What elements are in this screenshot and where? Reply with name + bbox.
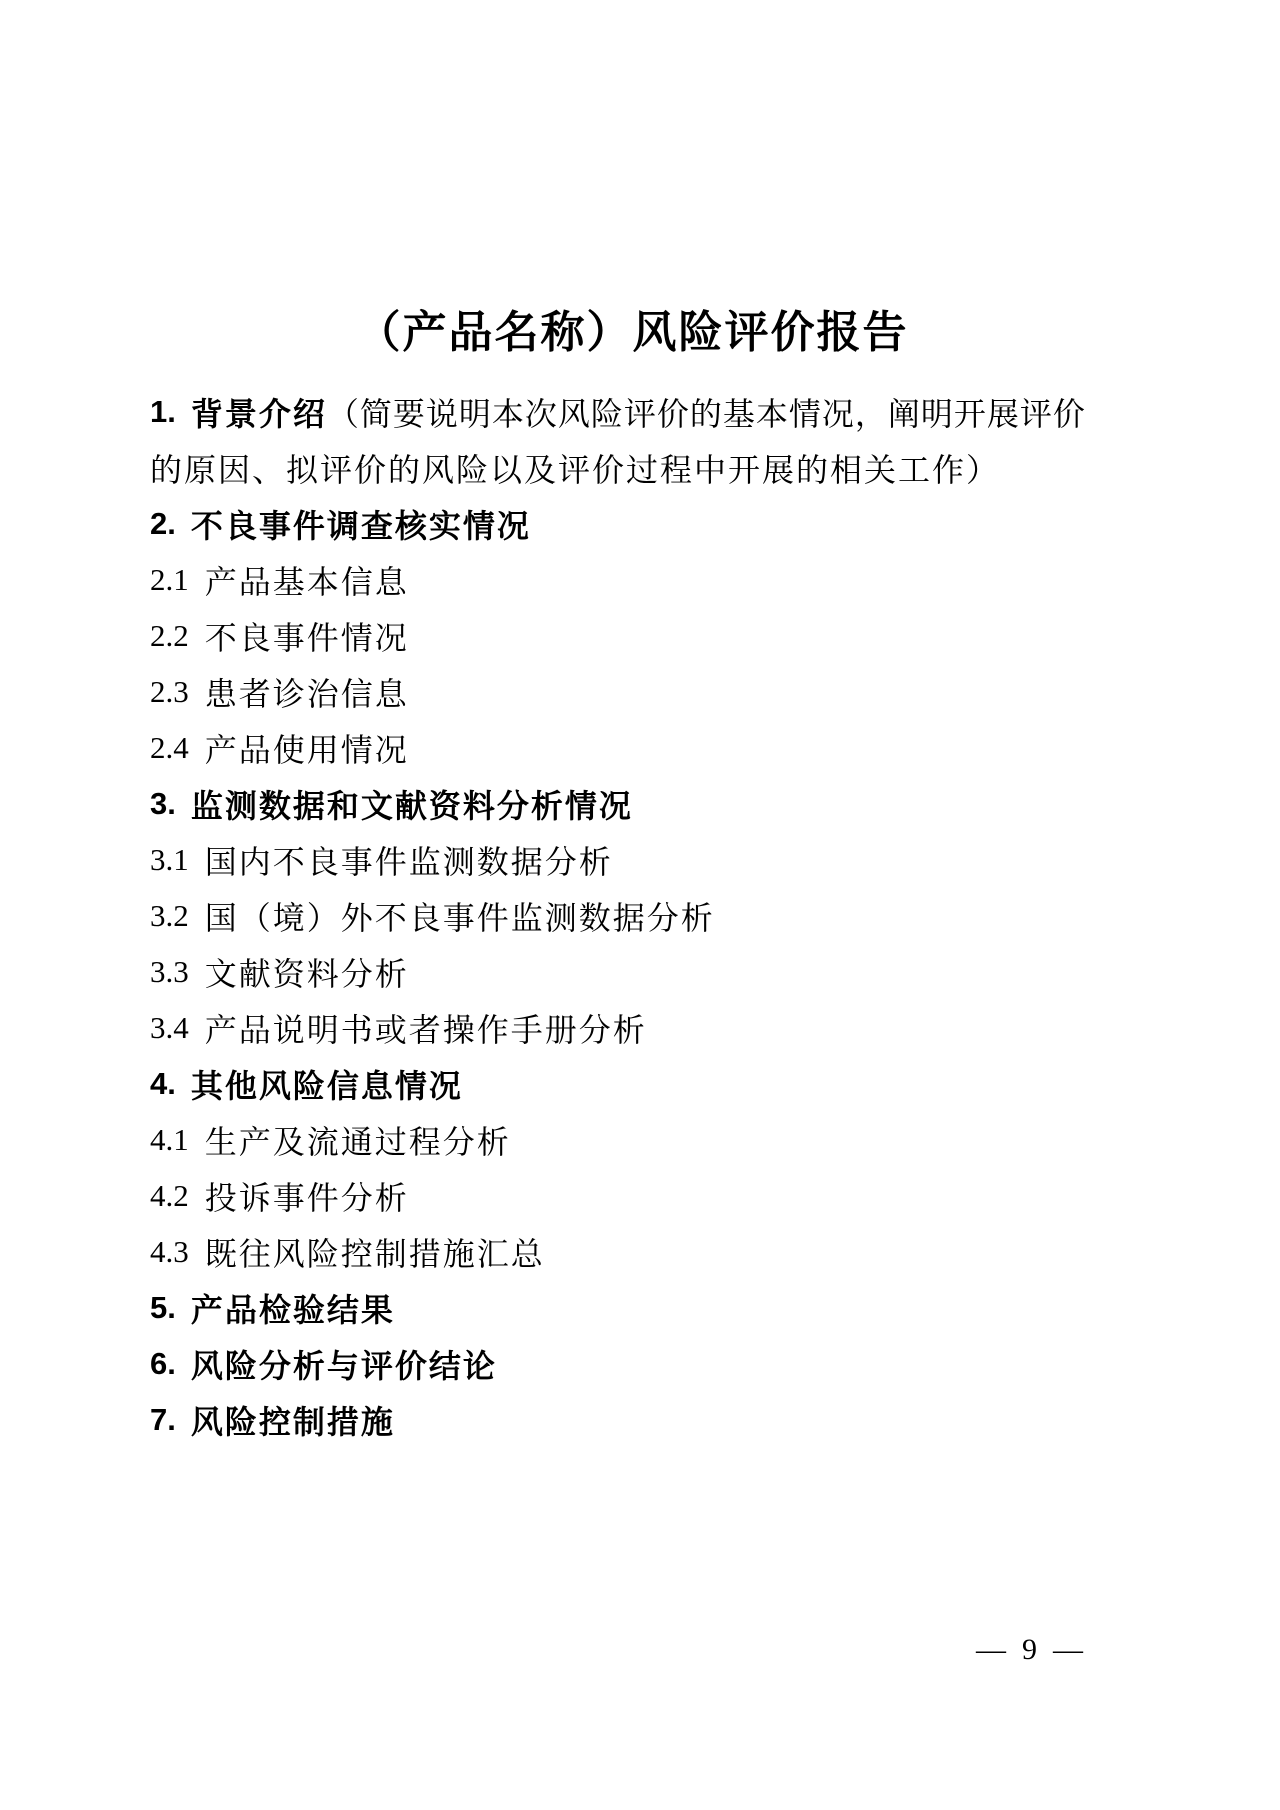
intro-bold-label: 背景介绍	[191, 389, 327, 435]
subsection-2-3-title: 患者诊治信息	[205, 669, 409, 715]
subsection-3-3-number: 3.3	[150, 954, 189, 990]
section-4-title: 其他风险信息情况	[191, 1061, 463, 1107]
subsection-4-3-title: 既往风险控制措施汇总	[205, 1229, 545, 1275]
subsection-3-1-title: 国内不良事件监测数据分析	[205, 837, 613, 883]
section-3-heading: 3. 监测数据和文献资料分析情况	[150, 776, 1115, 832]
section-3-title: 监测数据和文献资料分析情况	[191, 781, 633, 827]
section-7-heading: 7. 风险控制措施	[150, 1392, 1115, 1448]
subsection-2-3-number: 2.3	[150, 674, 189, 710]
page-footer: — 9 —	[976, 1628, 1083, 1672]
subsection-3-4: 3.4 产品说明书或者操作手册分析	[150, 1000, 1115, 1056]
subsection-2-1-title: 产品基本信息	[205, 557, 409, 603]
subsection-4-1-title: 生产及流通过程分析	[205, 1117, 511, 1163]
section-5-heading: 5. 产品检验结果	[150, 1280, 1115, 1336]
document-page: （产品名称）风险评价报告 1. 背景介绍 （简要说明本次风险评价的基本情况，阐明…	[0, 0, 1280, 1810]
footer-dash-left: —	[976, 1633, 1006, 1667]
subsection-4-1: 4.1 生产及流通过程分析	[150, 1112, 1115, 1168]
subsection-2-1-number: 2.1	[150, 562, 189, 598]
intro-note-text-continued: 的原因、拟评价的风险以及评价过程中开展的相关工作）	[150, 445, 1000, 491]
section-2-title: 不良事件调查核实情况	[191, 501, 531, 547]
subsection-3-3: 3.3 文献资料分析	[150, 944, 1115, 1000]
section-3-number: 3.	[150, 786, 176, 822]
section-6-title: 风险分析与评价结论	[191, 1341, 497, 1387]
page-number: 9	[1022, 1633, 1037, 1667]
subsection-4-2-number: 4.2	[150, 1178, 189, 1214]
subsection-3-3-title: 文献资料分析	[205, 949, 409, 995]
intro-paragraph-line-2: 的原因、拟评价的风险以及评价过程中开展的相关工作）	[150, 440, 1115, 496]
section-2-number: 2.	[150, 506, 176, 542]
subsection-4-3-number: 4.3	[150, 1234, 189, 1270]
subsection-2-4-number: 2.4	[150, 730, 189, 766]
subsection-3-2-title: 国（境）外不良事件监测数据分析	[205, 893, 715, 939]
subsection-3-2: 3.2 国（境）外不良事件监测数据分析	[150, 888, 1115, 944]
section-5-number: 5.	[150, 1290, 176, 1326]
section-5-title: 产品检验结果	[191, 1285, 395, 1331]
intro-paragraph-line-1: 1. 背景介绍 （简要说明本次风险评价的基本情况，阐明开展评价	[150, 384, 1115, 440]
subsection-2-1: 2.1 产品基本信息	[150, 552, 1115, 608]
intro-number: 1.	[150, 394, 176, 430]
section-4-heading: 4. 其他风险信息情况	[150, 1056, 1115, 1112]
subsection-3-1-number: 3.1	[150, 842, 189, 878]
outline: 1. 背景介绍 （简要说明本次风险评价的基本情况，阐明开展评价 的原因、拟评价的…	[150, 384, 1115, 1448]
footer-dash-right: —	[1053, 1633, 1083, 1667]
section-7-number: 7.	[150, 1402, 176, 1438]
subsection-2-2-number: 2.2	[150, 618, 189, 654]
section-7-title: 风险控制措施	[191, 1397, 395, 1443]
section-6-number: 6.	[150, 1346, 176, 1382]
section-6-heading: 6. 风险分析与评价结论	[150, 1336, 1115, 1392]
document-content: （产品名称）风险评价报告 1. 背景介绍 （简要说明本次风险评价的基本情况，阐明…	[150, 0, 1115, 1448]
subsection-4-2: 4.2 投诉事件分析	[150, 1168, 1115, 1224]
document-title: （产品名称）风险评价报告	[150, 302, 1115, 364]
subsection-4-2-title: 投诉事件分析	[205, 1173, 409, 1219]
section-4-number: 4.	[150, 1066, 176, 1102]
intro-note-text: （简要说明本次风险评价的基本情况，阐明开展评价	[327, 389, 1086, 435]
subsection-4-3: 4.3 既往风险控制措施汇总	[150, 1224, 1115, 1280]
subsection-4-1-number: 4.1	[150, 1122, 189, 1158]
subsection-3-2-number: 3.2	[150, 898, 189, 934]
subsection-3-4-number: 3.4	[150, 1010, 189, 1046]
subsection-3-4-title: 产品说明书或者操作手册分析	[205, 1005, 647, 1051]
subsection-2-3: 2.3 患者诊治信息	[150, 664, 1115, 720]
subsection-2-4-title: 产品使用情况	[205, 725, 409, 771]
section-2-heading: 2. 不良事件调查核实情况	[150, 496, 1115, 552]
subsection-2-2: 2.2 不良事件情况	[150, 608, 1115, 664]
subsection-3-1: 3.1 国内不良事件监测数据分析	[150, 832, 1115, 888]
subsection-2-2-title: 不良事件情况	[205, 613, 409, 659]
subsection-2-4: 2.4 产品使用情况	[150, 720, 1115, 776]
